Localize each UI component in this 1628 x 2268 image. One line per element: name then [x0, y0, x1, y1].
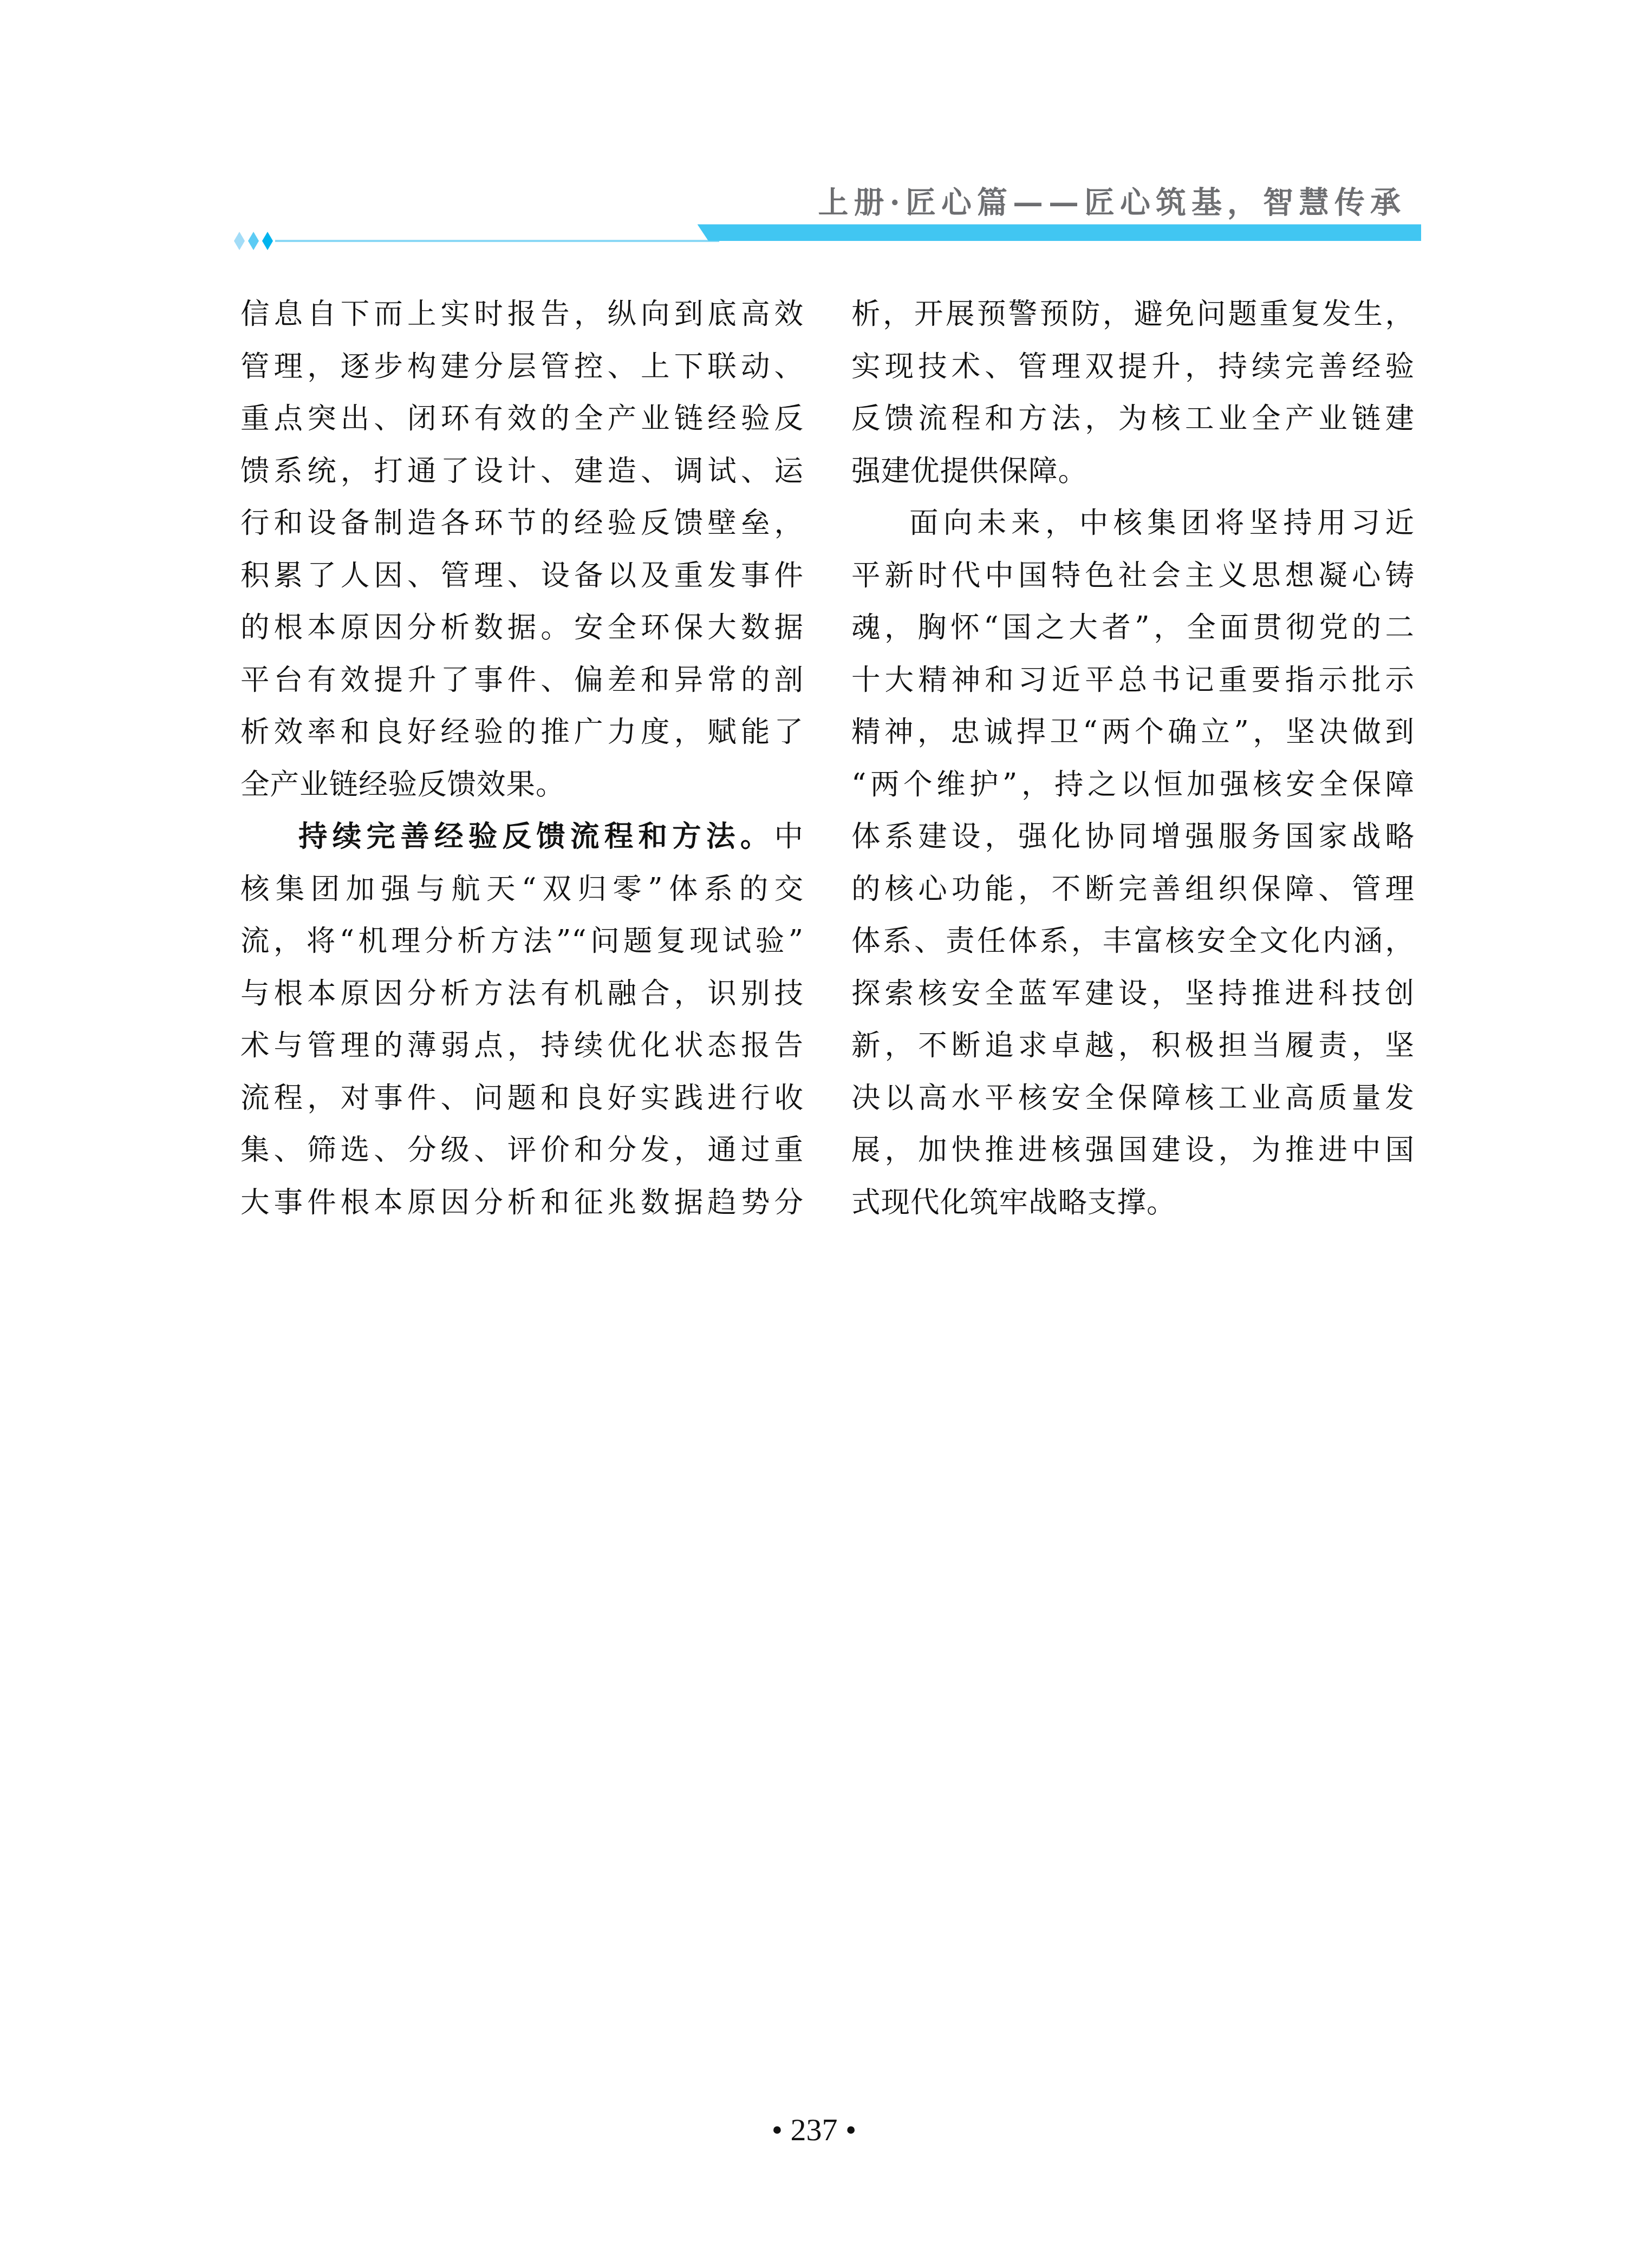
text-line: 式现代化筑牢战略支撑。 — [851, 1177, 1415, 1229]
diamond-icon — [248, 232, 259, 250]
text-line: 实现技术、管理双提升，持续完善经验 — [851, 341, 1415, 393]
right-column: 析，开展预警预防，避免问题重复发生， 实现技术、管理双提升，持续完善经验 反馈流… — [851, 288, 1415, 1228]
paragraph: 信息自下而上实时报告，纵向到底高效 管理，逐步构建分层管控、上下联动、 重点突出… — [240, 288, 804, 811]
paragraph: 持续完善经验反馈流程和方法。中 核集团加强与航天“双归零”体系的交 流，将“机理… — [240, 811, 804, 1228]
text-line: 管理，逐步构建分层管控、上下联动、 — [240, 341, 804, 393]
diamond-icon — [234, 232, 245, 250]
text-line: 集、筛选、分级、评价和分发，通过重 — [240, 1124, 804, 1177]
text-line: 馈系统，打通了设计、建造、调试、运 — [240, 445, 804, 498]
page-number: • 237 • — [0, 2112, 1628, 2148]
text-line: 信息自下而上实时报告，纵向到底高效 — [240, 288, 804, 341]
text-line: 大事件根本原因分析和征兆数据趋势分 — [240, 1177, 804, 1229]
text-line: 体系建设，强化协同增强服务国家战略 — [851, 811, 1415, 863]
text-line: 析效率和良好经验的推广力度，赋能了 — [240, 706, 804, 759]
text-line: 探索核安全蓝军建设，坚持推进科技创 — [851, 968, 1415, 1020]
paragraph: 析，开展预警预防，避免问题重复发生， 实现技术、管理双提升，持续完善经验 反馈流… — [851, 288, 1415, 497]
text-line: 强建优提供保障。 — [851, 445, 1415, 498]
text-line: 平新时代中国特色社会主义思想凝心铸 — [851, 550, 1415, 602]
diamond-ornament — [234, 232, 273, 250]
text-line: 魂，胸怀“国之大者”，全面贯彻党的二 — [851, 602, 1415, 654]
text-line: 决以高水平核安全保障核工业高质量发 — [851, 1072, 1415, 1125]
text-line: 新，不断追求卓越，积极担当履责，坚 — [851, 1019, 1415, 1072]
text-line: “两个维护”，持之以恒加强核安全保障 — [851, 759, 1415, 811]
text-line: 析，开展预警预防，避免问题重复发生， — [851, 288, 1415, 341]
text-line: 的核心功能，不断完善组织保障、管理 — [851, 863, 1415, 916]
header-band-edge — [698, 224, 1421, 225]
text-line: 重点突出、闭环有效的全产业链经验反 — [240, 393, 804, 445]
text-line: 体系、责任体系，丰富核安全文化内涵， — [851, 915, 1415, 968]
paragraph: 面向未来，中核集团将坚持用习近 平新时代中国特色社会主义思想凝心铸 魂，胸怀“国… — [851, 497, 1415, 1228]
text-line: 流，将“机理分析方法”“问题复现试验” — [240, 915, 804, 968]
text-line: 反馈流程和方法，为核工业全产业链建 — [851, 393, 1415, 445]
text-line: 十大精神和习近平总书记重要指示批示 — [851, 654, 1415, 707]
left-column: 信息自下而上实时报告，纵向到底高效 管理，逐步构建分层管控、上下联动、 重点突出… — [240, 288, 804, 1228]
text-line: 面向未来，中核集团将坚持用习近 — [851, 497, 1415, 550]
text-line: 行和设备制造各环节的经验反馈壁垒， — [240, 497, 804, 550]
diamond-icon — [262, 232, 273, 250]
text-line: 积累了人因、管理、设备以及重发事件 — [240, 550, 804, 602]
bold-lead-in: 持续完善经验反馈流程和方法。 — [298, 819, 774, 853]
text-line: 展，加快推进核强国建设，为推进中国 — [851, 1124, 1415, 1177]
text-line: 的根本原因分析数据。安全环保大数据 — [240, 602, 804, 654]
text-line: 平台有效提升了事件、偏差和异常的剖 — [240, 654, 804, 707]
lead-tail: 中 — [774, 819, 804, 853]
text-line: 精神，忠诚捍卫“两个确立”，坚决做到 — [851, 706, 1415, 759]
text-line: 全产业链经验反馈效果。 — [240, 759, 804, 811]
text-line: 术与管理的薄弱点，持续优化状态报告 — [240, 1019, 804, 1072]
header-rule — [275, 240, 719, 242]
text-line: 持续完善经验反馈流程和方法。中 — [240, 811, 804, 863]
running-title: 上册·匠心篇——匠心筑基，智慧传承 — [818, 179, 1406, 222]
text-line: 流程，对事件、问题和良好实践进行收 — [240, 1072, 804, 1125]
text-line: 与根本原因分析方法有机融合，识别技 — [240, 968, 804, 1020]
header-band — [698, 225, 1421, 241]
text-line: 核集团加强与航天“双归零”体系的交 — [240, 863, 804, 916]
